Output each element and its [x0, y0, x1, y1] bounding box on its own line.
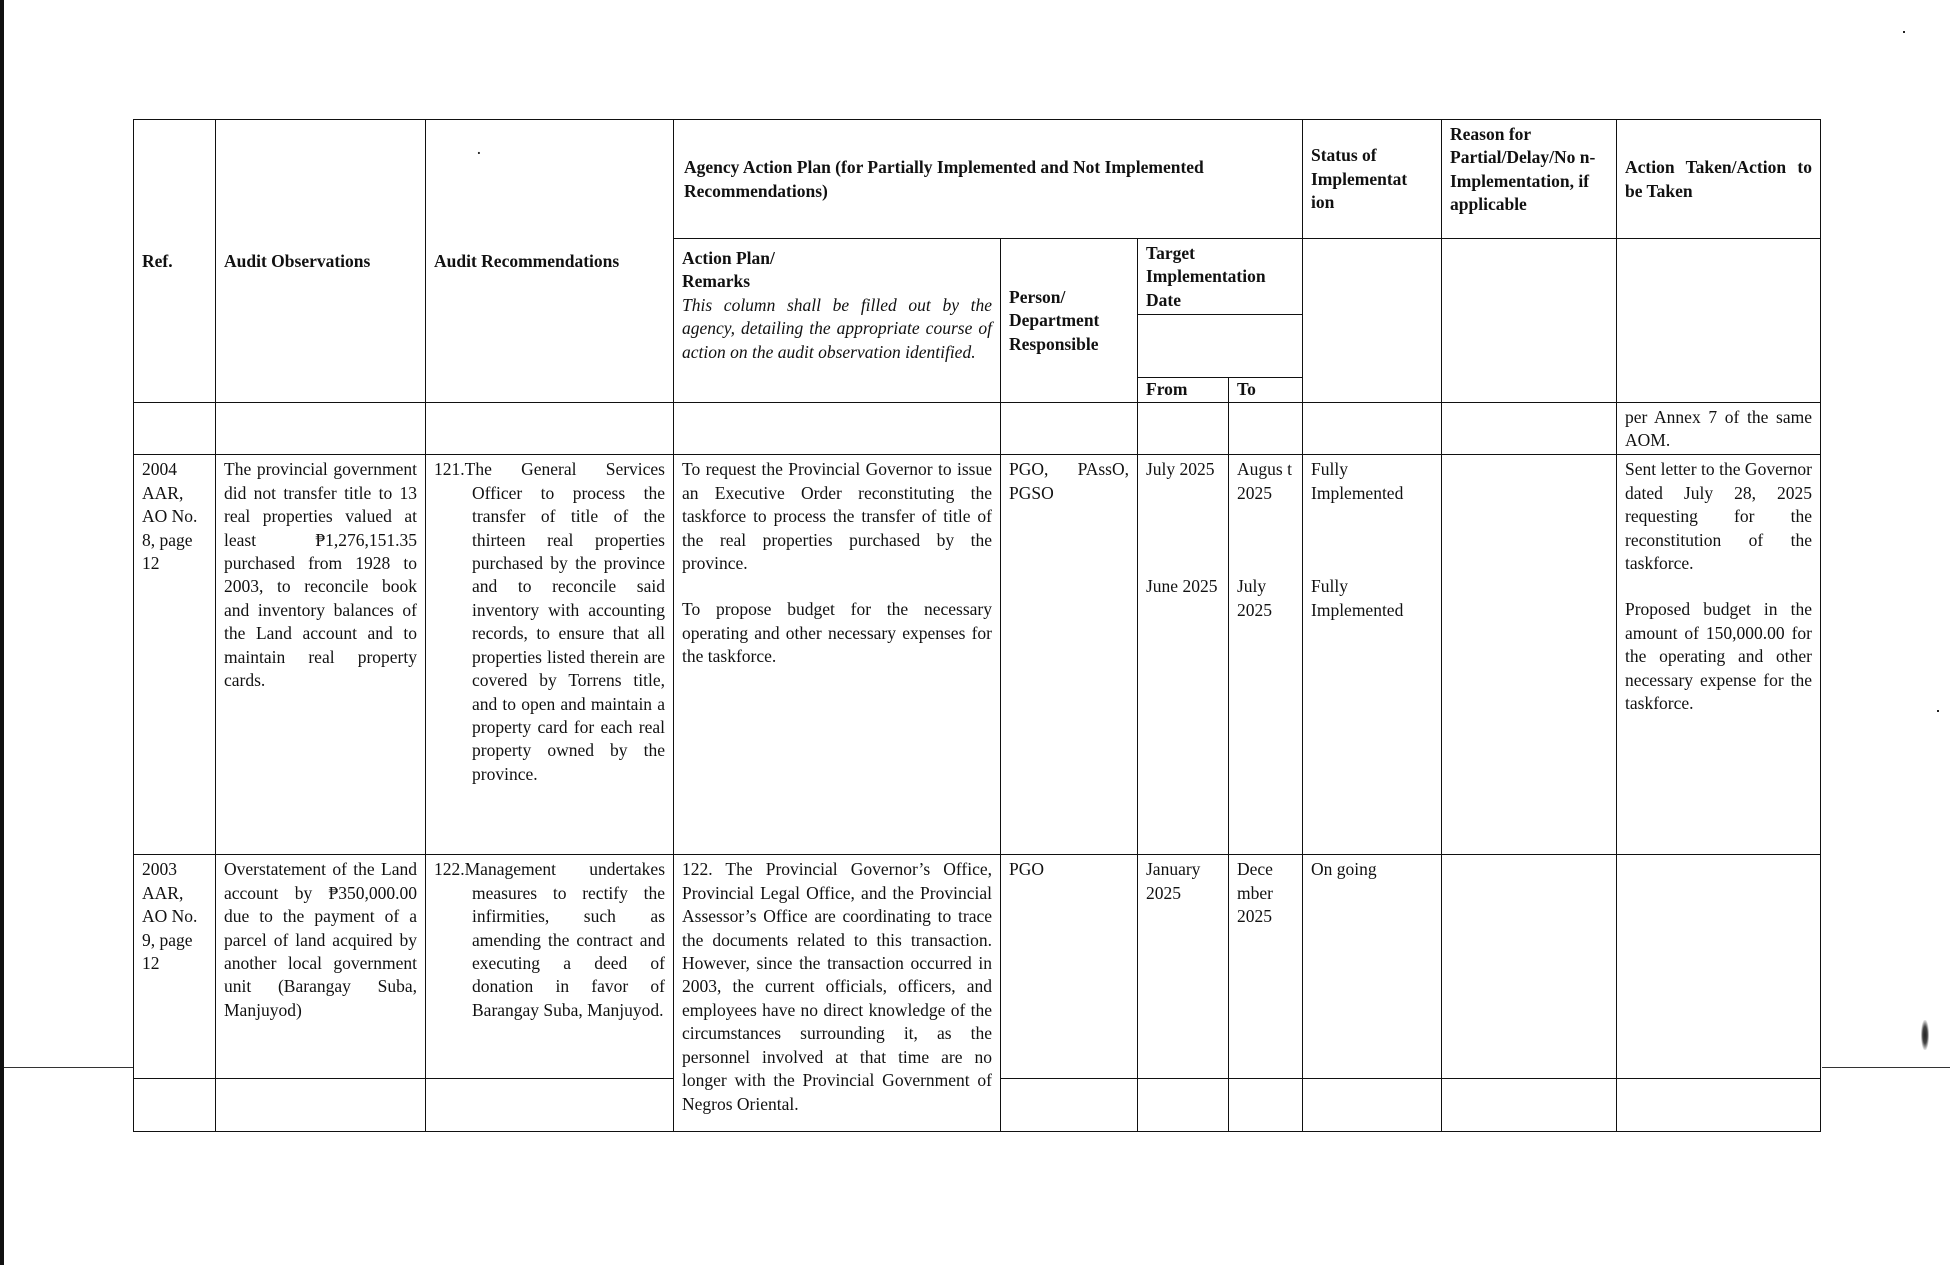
page-break-line-right	[1822, 1067, 1950, 1068]
observation-cell: The provincial government did not transf…	[216, 455, 426, 855]
cell	[1001, 1079, 1138, 1132]
status-value: On going	[1311, 858, 1433, 881]
cell	[1001, 402, 1138, 455]
cell	[216, 402, 426, 455]
header-action-taken-label: Action Taken/Action to be Taken	[1625, 156, 1812, 203]
header-reason-empty	[1442, 239, 1617, 403]
action-plan-item: 122. The Provincial Governor’s Office, P…	[682, 858, 992, 1115]
scan-speck	[1937, 710, 1939, 712]
responsible-cell: PGO	[1001, 855, 1138, 1079]
to-cell: Dece mber 2025	[1229, 855, 1303, 1079]
header-agency-action-plan: Agency Action Plan (for Partially Implem…	[674, 120, 1303, 239]
header-target-date-empty	[1138, 315, 1303, 378]
header-action-taken: Action Taken/Action to be Taken	[1617, 120, 1821, 239]
observation-cell: Overstatement of the Land account by ₱35…	[216, 855, 426, 1079]
cell	[1617, 1079, 1821, 1132]
header-to: To	[1229, 378, 1303, 402]
ref-cell: 2004 AAR, AO No. 8, page 12	[134, 455, 216, 855]
header-from: From	[1138, 378, 1229, 402]
action-plan-cell: 122. The Provincial Governor’s Office, P…	[674, 855, 1001, 1132]
recommendation-number: 121.	[434, 459, 465, 479]
scan-speck	[1903, 31, 1905, 33]
reason-cell	[1442, 455, 1617, 855]
cell	[426, 1079, 674, 1132]
responsible-cell: PGO, PAssO, PGSO	[1001, 455, 1138, 855]
cell	[134, 1079, 216, 1132]
scan-edge-artifact	[0, 0, 4, 1265]
status-value: Fully Implemented	[1311, 458, 1433, 575]
header-status: Status of Implementat ion	[1303, 120, 1442, 239]
to-date: July 2025	[1237, 575, 1294, 622]
ref-cell: 2003 AAR, AO No. 9, page 12	[134, 855, 216, 1079]
from-cell: January 2025	[1138, 855, 1229, 1079]
header-reason: Reason for Partial/Delay/No n-Implementa…	[1442, 120, 1617, 239]
from-date: July 2025	[1146, 458, 1220, 575]
cell	[1229, 402, 1303, 455]
scan-smudge	[1921, 1020, 1929, 1050]
status-value: Fully Implemented	[1311, 575, 1433, 622]
table-row: 2003 AAR, AO No. 9, page 12 Overstatemen…	[134, 855, 1821, 1079]
header-action-plan-remarks: Action Plan/ Remarks This column shall b…	[674, 239, 1001, 403]
table-row: 2004 AAR, AO No. 8, page 12 The provinci…	[134, 455, 1821, 855]
carryover-row: per Annex 7 of the same AOM.	[134, 402, 1821, 455]
cell	[1442, 402, 1617, 455]
header-person-department: Person/ Department Responsible	[1001, 239, 1138, 403]
recommendation-text: The General Services Officer to process …	[465, 459, 665, 783]
cell	[134, 402, 216, 455]
cell	[674, 402, 1001, 455]
action-taken-item: Proposed budget in the amount of 150,000…	[1625, 598, 1812, 715]
cell	[1229, 1079, 1303, 1132]
status-cell: Fully Implemented Fully Implemented	[1303, 455, 1442, 855]
cell	[216, 1079, 426, 1132]
action-plan-cell: To request the Provincial Governor to is…	[674, 455, 1001, 855]
cell	[1442, 1079, 1617, 1132]
from-cell: July 2025 June 2025	[1138, 455, 1229, 855]
action-taken-cell	[1617, 855, 1821, 1079]
header-target-date: Target Implementation Date	[1138, 239, 1303, 315]
action-taken-cell: Sent letter to the Governor dated July 2…	[1617, 455, 1821, 855]
header-action-plan-title: Action Plan/	[682, 247, 992, 270]
header-remarks-title: Remarks	[682, 270, 992, 293]
cell	[1303, 402, 1442, 455]
action-plan-item: To request the Provincial Governor to is…	[682, 458, 992, 575]
recommendation-cell: 122.Management undertakes measures to re…	[426, 855, 674, 1079]
status-cell: On going	[1303, 855, 1442, 1079]
header-ref: Ref.	[134, 120, 216, 403]
header-status-empty	[1303, 239, 1442, 403]
header-action-plan-note: This column shall be filled out by the a…	[682, 294, 992, 364]
to-date: Augus t 2025	[1237, 458, 1294, 575]
action-plan-item: To propose budget for the necessary oper…	[682, 598, 992, 668]
recommendation-number: 122.	[434, 859, 465, 879]
carryover-action-taken: per Annex 7 of the same AOM.	[1617, 402, 1821, 455]
header-action-taken-empty	[1617, 239, 1821, 403]
to-date: Dece mber 2025	[1237, 858, 1294, 928]
recommendation-text: Management undertakes measures to rectif…	[465, 859, 665, 1019]
from-date: January 2025	[1146, 858, 1220, 905]
header-audit-recommendations-label: Audit Recommendations	[434, 251, 619, 271]
stray-dot: ·	[476, 142, 482, 165]
cell	[1303, 1079, 1442, 1132]
cell	[1138, 1079, 1229, 1132]
page-break-line-left	[4, 1067, 133, 1068]
to-cell: Augus t 2025 July 2025	[1229, 455, 1303, 855]
action-taken-item: Sent letter to the Governor dated July 2…	[1625, 458, 1812, 575]
cell	[426, 402, 674, 455]
header-audit-recommendations: · Audit Recommendations	[426, 120, 674, 403]
header-audit-observations: Audit Observations	[216, 120, 426, 403]
cell	[1138, 402, 1229, 455]
from-date: June 2025	[1146, 575, 1220, 598]
audit-action-plan-table: Ref. Audit Observations · Audit Recommen…	[133, 119, 1821, 1132]
reason-cell	[1442, 855, 1617, 1079]
header-row-1: Ref. Audit Observations · Audit Recommen…	[134, 120, 1821, 239]
recommendation-cell: 121.The General Services Officer to proc…	[426, 455, 674, 855]
